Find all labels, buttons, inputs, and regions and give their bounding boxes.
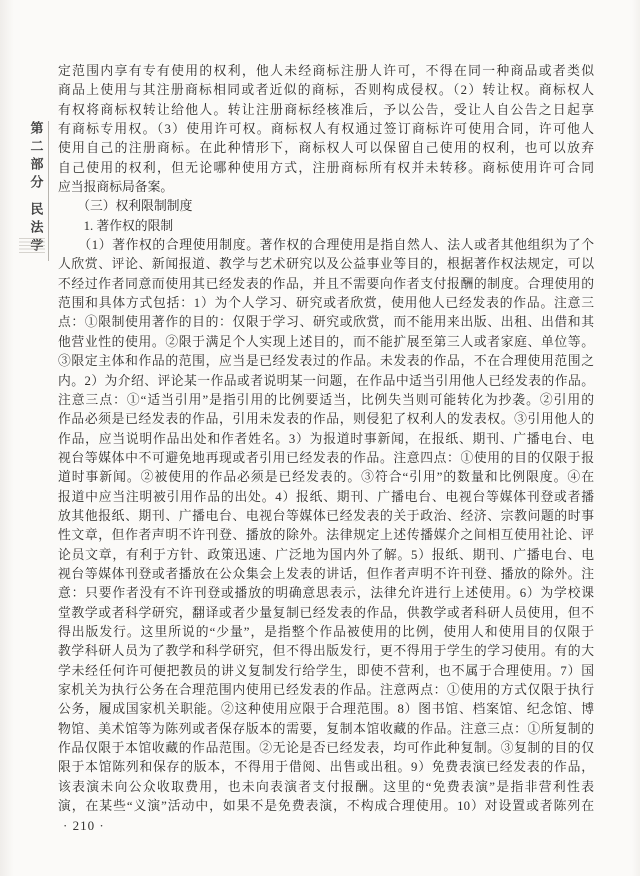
text-line: 该表演未向公众收取费用，也未向表演者支付报酬。这里的“免费表演”是指非营利性表 — [58, 778, 594, 797]
text-line: 道时事新闻。②被使用的作品必须是已经发表的。③符合“引用”的数量和比例限度。④在 — [58, 468, 594, 487]
text-line: 放其他报纸、期刊、广播电台、电视台等媒体已经发表的关于政治、经济、宗教问题的时事 — [58, 507, 594, 526]
text-line: （1）著作权的合理使用制度。著作权的合理使用是指自然人、法人或者其他组织为了个 — [58, 236, 594, 255]
text-line: ③限定主体和作品的范围，应当是已经发表过的作品。未发表的作品，不在合理使用范围之 — [58, 352, 594, 371]
text-line: 定范围内享有专有使用的权利，他人未经商标注册人许可，不得在同一种商品或者类似 — [58, 62, 594, 81]
part-label: 第二部分 — [27, 121, 46, 193]
text-line: 报道中应当注明被引用作品的出处。4）报纸、期刊、广播电台、电视台等媒体刊登或者播 — [58, 488, 594, 507]
text-line: 堂教学或者科学研究，翻译或者少量复制已经发表的作品，供教学或者科研人员使用，但不 — [58, 604, 594, 623]
text-line: 意：只要作者没有不许刊登或播放的明确意思表示，法律允许进行上述使用。6）为学校课 — [58, 584, 594, 603]
text-line: 点：①限制使用著作的目的：仅限于学习、研究或欣赏，而不能用来出版、出租、出借和其 — [58, 313, 594, 332]
text-line: 有权将商标权转让给他人。转让注册商标经核准后，予以公告，受让人自公告之日起享 — [58, 101, 594, 120]
text-line: 作品必须是已经发表的作品，引用未发表的作品，则侵犯了权利人的发表权。③引用他人的 — [58, 410, 594, 429]
text-line: 作品仅限于本馆收藏的作品范围。②无论是否已经发表，均可作此种复制。③复制的目的仅 — [58, 739, 594, 758]
text-line: 得出版发行。这里所说的“少量”，是指整个作品被使用的比例，使用人和使用目的仅限于 — [58, 623, 594, 642]
text-line: 范围和具体方式包括：1）为个人学习、研究或者欣赏，使用他人已经发表的作品。注意三 — [58, 294, 594, 313]
text-line: 教学科研人员为了教学和科学研究，但不得出版发行，更不得用于学生的学习使用。有的大 — [58, 642, 594, 661]
text-line: 性文章，但作者声明不许刊登、播放的除外。法律规定上述传播媒介之间相互使用社论、评 — [58, 526, 594, 545]
text-line: 不经过作者同意而使用其已经发表的作品，并且不需要向作者支付报酬的制度。合理使用的 — [58, 275, 594, 294]
text-line: 视台等媒体刊登或者播放在公众集会上发表的讲话，但作者声明不许刊登、播放的除外。注 — [58, 565, 594, 584]
book-page: 第二部分 民法学 定范围内享有专有使用的权利，他人未经商标注册人许可，不得在同一… — [0, 0, 640, 876]
text-line: 1. 著作权的限制 — [58, 217, 594, 236]
text-line: （三）权利限制制度 — [58, 197, 594, 216]
text-line: 他营业性的使用。②限于满足个人实现上述目的，而不能扩展至第三人或者家庭、单位等。 — [58, 333, 594, 352]
text-line: 自己使用的权利，但无论哪种使用方式，注册商标所有权并未转移。商标使用许可合同 — [58, 159, 594, 178]
text-line: 注意三点：①“适当引用”是指引用的比例要适当，比例失当则可能转化为抄袭。②引用的 — [58, 391, 594, 410]
text-line: 家机关为执行公务在合理范围内使用已经发表的作品。注意两点：①使用的方式仅限于执行 — [58, 681, 594, 700]
body-text-block: 定范围内享有专有使用的权利，他人未经商标注册人许可，不得在同一种商品或者类似商品… — [58, 62, 594, 816]
text-line: 有商标专用权。（3）使用许可权。商标权人有权通过签订商标许可使用合同，许可他人 — [58, 120, 594, 139]
text-line: 商品上使用与其注册商标相同或者近似的商标，否则构成侵权。（2）转让权。商标权人 — [58, 81, 594, 100]
text-line: 内。2）为介绍、评论某一作品或者说明某一问题，在作品中适当引用他人已经发表的作品… — [58, 372, 594, 391]
text-line: 公务，履成国家机关职能。②这种使用应限于合理范围。8）图书馆、档案馆、纪念馆、博 — [58, 700, 594, 719]
text-line: 使用自己的注册商标。在此种情形下，商标权人可以保留自己使用的权利，也可以放弃 — [58, 139, 594, 158]
text-line: 作品，应当说明作品出处和作者姓名。3）为报道时事新闻，在报纸、期刊、广播电台、电 — [58, 430, 594, 449]
text-line: 论员文章，有利于方针、政策迅速、广泛地为国内外了解。5）报纸、期刊、广播电台、电 — [58, 546, 594, 565]
text-line: 物馆、美术馆等为陈列或者保存版本的需要，复制本馆收藏的作品。注意三点：①所复制的 — [58, 720, 594, 739]
text-line: 应当报商标局备案。 — [58, 178, 594, 197]
text-line: 限于本馆陈列和保存的版本，不得用于借阅、出售或出租。9）免费表演已经发表的作品， — [58, 758, 594, 777]
scan-artifact — [19, 238, 45, 253]
text-line: 学未经任何许可便把教员的讲义复制发行给学生，即使不营利，也不属于合理使用。7）国 — [58, 662, 594, 681]
page-number: · 210 · — [63, 816, 105, 835]
text-line: 视台等媒体中不可避免地再现或者引用已经发表的作品。注意四点：①使用的目的仅限于报 — [58, 449, 594, 468]
text-line: 演，在某些“义演”活动中，如果不是免费表演，不构成合理使用。10）对设置或者陈列… — [58, 797, 594, 816]
text-line: 人欣赏、评论、新闻报道、教学与艺术研究以及公益事业等目的，根据著作权法规定，可以 — [58, 255, 594, 274]
